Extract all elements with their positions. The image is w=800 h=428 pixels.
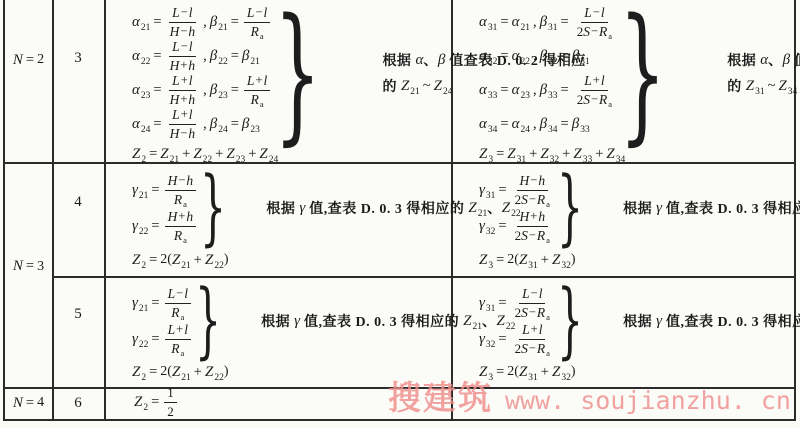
formula-stack: α21=L−lH−h,β21=L−lRaα22=L−lH+h,β22=β21α2…: [132, 5, 272, 141]
formula-cell-n4-left: Z2=12: [104, 387, 451, 419]
row-label-n3: N=3: [5, 162, 52, 387]
lookup-note: 根据 α、β 值查表 D. 0. 2 得相应的 Z31~Z34: [727, 47, 800, 99]
formula-cell-n2-right: α31=α21,β31=L−l2S−Raα32=α22,β32=β31α33=α…: [451, 0, 794, 162]
result-formula: Z2=12: [134, 391, 451, 413]
lookup-note: 根据 γ 值,查表 D. 0. 3 得相应的 Z31、Z32: [623, 308, 800, 334]
result-formula: Z2=2(Z21+Z22): [132, 249, 451, 271]
formula-cell-4-right: γ31=H−h2S−Raγ32=H+h2S−Ra } 根据 γ 值,查表 D. …: [451, 162, 794, 276]
formula-cell-5-right: γ31=L−l2S−Raγ32=L+l2S−Ra } 根据 γ 值,查表 D. …: [451, 276, 794, 387]
seq-cell-4: 4: [52, 162, 104, 276]
formula-group: α31=α21,β31=L−l2S−Raα32=α22,β32=β31α33=α…: [479, 3, 794, 143]
formula-table: N=2 3 α21=L−lH−h,β21=L−lRaα22=L−lH+h,β22…: [3, 0, 796, 421]
formula-group: γ21=L−lRaγ22=L+lRa } 根据 γ 值,查表 D. 0. 3 得…: [132, 281, 451, 361]
result-formula: Z2=2(Z21+Z22): [132, 361, 451, 383]
empty-cell-n4-right: [451, 387, 794, 419]
formula-stack: γ31=H−h2S−Raγ32=H+h2S−Ra: [479, 172, 555, 244]
right-brace-icon: }: [200, 168, 226, 248]
row-label-n2: N=2: [5, 0, 52, 162]
formula-cell-4-left: γ21=H−hRaγ22=H+hRa } 根据 γ 值,查表 D. 0. 3 得…: [104, 162, 451, 276]
formula-stack: γ21=L−lRaγ22=L+lRa: [132, 285, 193, 357]
row-label-n4: N=4: [5, 387, 52, 419]
seq-cell-5: 5: [52, 276, 104, 387]
formula-group: α21=L−lH−h,β21=L−lRaα22=L−lH+h,β22=β21α2…: [132, 3, 451, 143]
lookup-note: 根据 γ 值,查表 D. 0. 3 得相应的 Z31、Z32: [623, 195, 800, 221]
right-brace-icon: }: [195, 281, 221, 361]
formula-group: γ21=H−hRaγ22=H+hRa } 根据 γ 值,查表 D. 0. 3 得…: [132, 168, 451, 248]
result-formula: Z3=2(Z31+Z32): [479, 249, 794, 271]
formula-group: γ31=L−l2S−Raγ32=L+l2S−Ra } 根据 γ 值,查表 D. …: [479, 281, 794, 361]
formula-group: γ31=H−h2S−Raγ32=H+h2S−Ra } 根据 γ 值,查表 D. …: [479, 168, 794, 248]
scanned-document-page: N=2 3 α21=L−lH−h,β21=L−lRaα22=L−lH+h,β22…: [0, 0, 800, 428]
result-formula: Z3=2(Z31+Z32): [479, 361, 794, 383]
formula-cell-5-left: γ21=L−lRaγ22=L+lRa } 根据 γ 值,查表 D. 0. 3 得…: [104, 276, 451, 387]
formula-stack: γ31=L−l2S−Raγ32=L+l2S−Ra: [479, 285, 555, 357]
seq-cell-3: 3: [52, 0, 104, 162]
right-brace-icon: }: [557, 281, 583, 361]
seq-cell-6: 6: [52, 387, 104, 419]
right-brace-icon: }: [619, 3, 666, 143]
right-brace-icon: }: [274, 3, 321, 143]
right-brace-icon: }: [557, 168, 583, 248]
formula-stack: α31=α21,β31=L−l2S−Raα32=α22,β32=β31α33=α…: [479, 5, 617, 141]
formula-cell-n2-left: α21=L−lH−h,β21=L−lRaα22=L−lH+h,β22=β21α2…: [104, 0, 451, 162]
formula-stack: γ21=H−hRaγ22=H+hRa: [132, 172, 198, 244]
